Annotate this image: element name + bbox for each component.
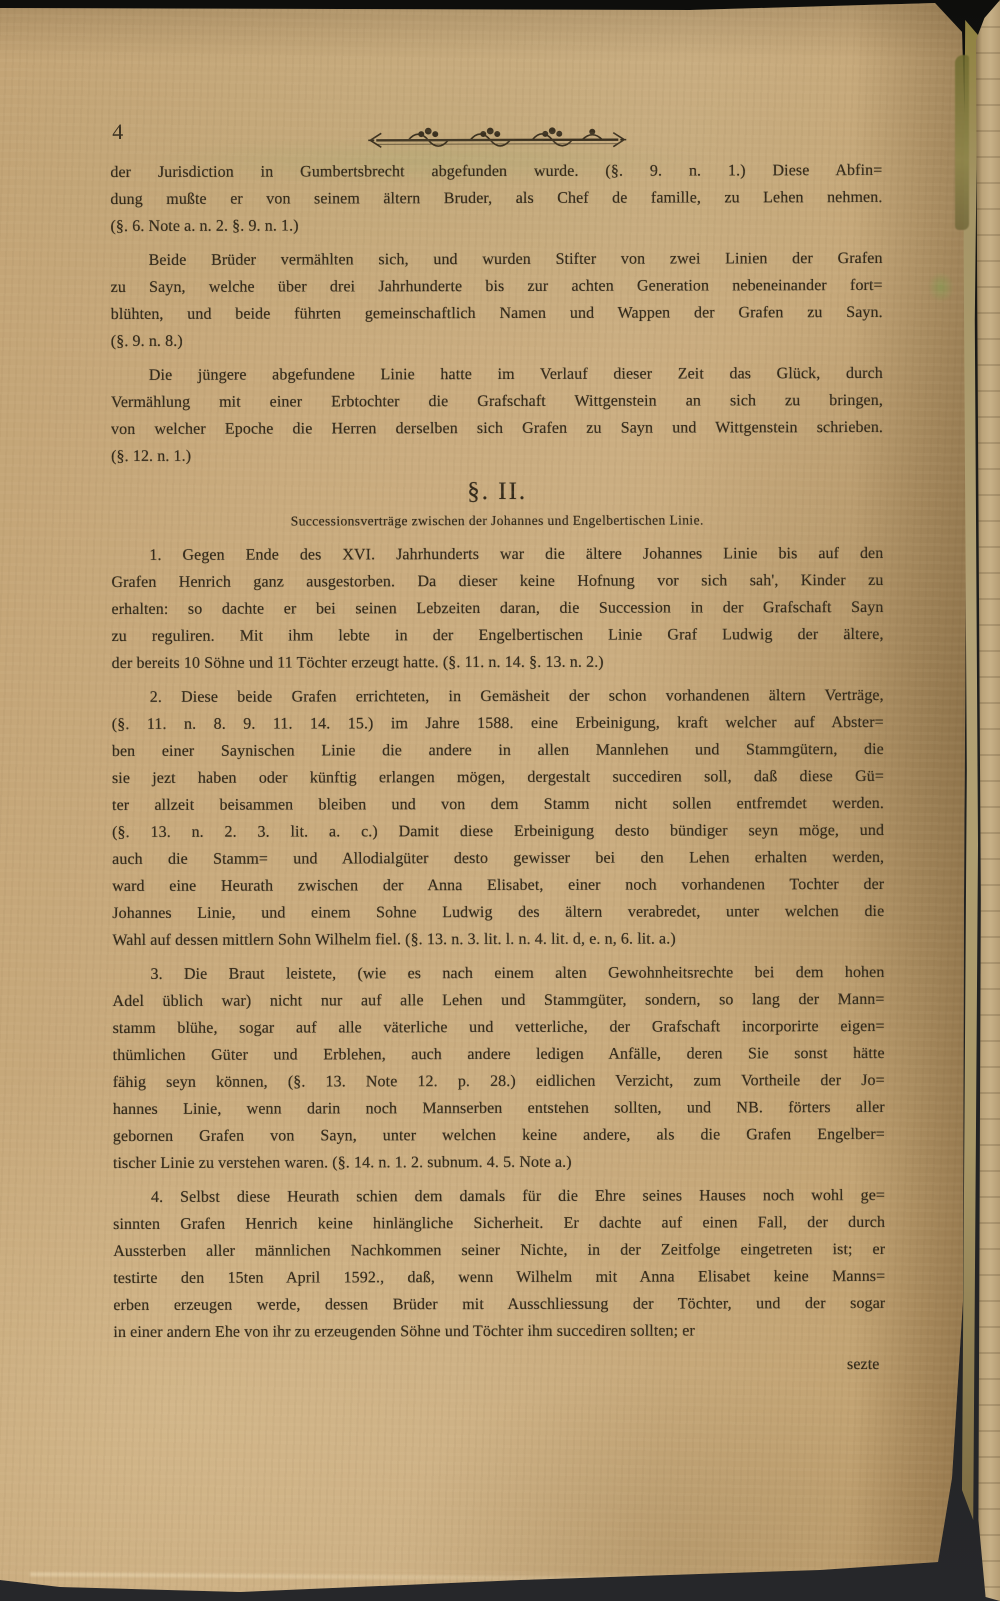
text-line: der bereits 10 Söhne und 11 Töchter erze… — [112, 648, 884, 677]
binding-moss-stain — [955, 55, 969, 230]
text-line: Die jüngere abgefundene Linie hatte im V… — [111, 360, 883, 389]
paragraph: der Jurisdiction in Gumbertsbrecht abgef… — [110, 157, 882, 240]
paragraph: 3. Die Braut leistete, (wie es nach eine… — [112, 959, 885, 1177]
text-line: zu reguliren. Mit ihm lebte in der Engel… — [112, 621, 884, 650]
text-line: 2. Diese beide Grafen errichteten, in Ge… — [112, 682, 884, 711]
text-line: blühten, und beide führten gemeinschaftl… — [111, 299, 883, 328]
paragraph: Beide Brüder vermählten sich, und wurden… — [111, 245, 883, 355]
text-line: (§. 6. Note a. n. 2. §. 9. n. 1.) — [110, 211, 882, 240]
text-line: in einer andern Ehe von ihr zu erzeugend… — [113, 1317, 885, 1346]
text-line: (§. 11. n. 8. 9. 11. 14. 15.) im Jahre 1… — [112, 709, 884, 738]
text-line: Vermählung mit einer Erbtochter die Graf… — [111, 387, 883, 416]
text-line: Aussterben aller männlichen Nachkommen s… — [113, 1236, 885, 1265]
text-line: fähig seyn können, (§. 13. Note 12. p. 2… — [113, 1067, 885, 1096]
fleuron-rule-ornament — [366, 122, 628, 157]
catchword: sezte — [113, 1351, 885, 1380]
text-line: erben erzeugen werde, dessen Brüder mit … — [113, 1290, 885, 1319]
text-line: Grafen Henrich ganz ausgestorben. Da die… — [111, 567, 883, 596]
text-line: (§. 9. n. 8.) — [111, 326, 883, 355]
text-line: tischer Linie zu verstehen waren. (§. 14… — [113, 1148, 885, 1177]
text-line: ter allzeit beisammen bleiben und von de… — [112, 790, 884, 819]
section-subheading: Successionsverträge zwischen der Johanne… — [111, 510, 883, 532]
text-line: erhalten: so dachte er bei seinen Lebzei… — [111, 594, 883, 623]
text-line: sinnten Grafen Henrich keine hinlänglich… — [113, 1209, 885, 1238]
text-line: Johannes Linie, und einem Sohne Ludwig d… — [112, 898, 884, 927]
printed-content: 4 — [0, 0, 974, 1601]
text-line: ward eine Heurath zwischen der Anna Elis… — [112, 871, 884, 900]
next-page-edge — [976, 0, 1000, 1601]
section-heading: §. II. — [111, 476, 883, 508]
text-line: zu Sayn, welche über drei Jahrhunderte b… — [111, 272, 883, 301]
text-line: dung mußte er von seinem ältern Bruder, … — [110, 184, 882, 213]
text-line: 1. Gegen Ende des XVI. Jahrhunderts war … — [111, 540, 883, 569]
text-line: hannes Linie, wenn darin noch Mannserben… — [113, 1094, 885, 1123]
text-line: 4. Selbst diese Heurath schien dem damal… — [113, 1182, 885, 1211]
text-line: testirte den 15ten April 1592., daß, wen… — [113, 1263, 885, 1292]
text-line: von welcher Epoche die Herren derselben … — [111, 414, 883, 443]
text-line: thümlichen Güter und Erblehen, auch ande… — [113, 1040, 885, 1069]
text-line: auch die Stamm= und Allodialgüter desto … — [112, 844, 884, 873]
page-number: 4 — [112, 119, 124, 145]
text-line: 3. Die Braut leistete, (wie es nach eine… — [112, 959, 884, 988]
paragraph: Die jüngere abgefundene Linie hatte im V… — [111, 360, 883, 470]
text-line: ben einer Saynischen Linie die andere in… — [112, 736, 884, 765]
paragraph: 1. Gegen Ende des XVI. Jahrhunderts war … — [111, 540, 883, 677]
text-line: stamm blühe, sogar auf alle väterliche u… — [113, 1013, 885, 1042]
paragraph: 4. Selbst diese Heurath schien dem damal… — [113, 1182, 885, 1346]
text-line: (§. 13. n. 2. 3. lit. a. c.) Damit diese… — [112, 817, 884, 846]
paragraph: 2. Diese beide Grafen errichteten, in Ge… — [112, 682, 885, 954]
text-line: Beide Brüder vermählten sich, und wurden… — [111, 245, 883, 274]
text-line: Adel üblich war) nicht nur auf alle Lehe… — [112, 986, 884, 1015]
book-page: 4 — [0, 0, 972, 1601]
text-block: der Jurisdiction in Gumbertsbrecht abgef… — [110, 157, 885, 1380]
text-line: sie jezt haben oder künftig erlangen mög… — [112, 763, 884, 792]
text-line: Wahl auf dessen mittlern Sohn Wilhelm fi… — [112, 925, 884, 954]
text-line: gebornen Grafen von Sayn, unter welchen … — [113, 1121, 885, 1150]
text-line: der Jurisdiction in Gumbertsbrecht abgef… — [110, 157, 882, 186]
text-line: (§. 12. n. 1.) — [111, 441, 883, 470]
